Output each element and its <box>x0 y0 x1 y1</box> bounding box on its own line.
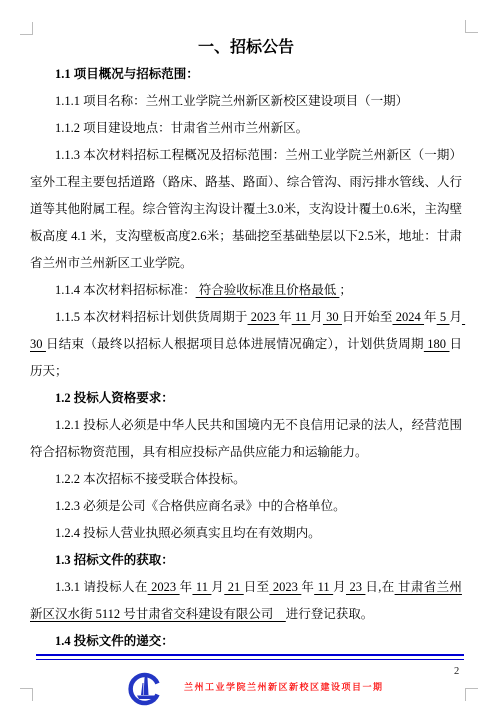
heading-1-1: 1.1 项目概况与招标范围： <box>30 61 462 88</box>
filled-blank: 符合验收标准且价格最低 <box>196 283 340 297</box>
company-logo-icon <box>126 669 164 709</box>
text-run: 1.1.3 本次材料招标工程概况及招标范围：兰州工业学院兰州新区（一期）室外工程… <box>30 148 462 270</box>
crop-mark-bottom-left <box>20 688 33 701</box>
text-run: 1.1.1 项目名称：兰州工业学院兰州新区新校区建设项目（一期） <box>55 94 408 108</box>
filled-blank: 2024 <box>393 310 425 324</box>
para-1-1-5: 1.1.5 本次材料招标计划供货周期于 2023 年 11 月 30 日开始至 … <box>30 304 462 385</box>
text-run: 1.2.3 必须是公司《合格供应商名录》中的合格单位。 <box>55 499 346 513</box>
text-run: 1.2.2 本次招标不接受联合体投标。 <box>55 472 246 486</box>
text-run: 1.1.5 本次材料招标计划供货周期于 <box>55 310 248 324</box>
filled-blank: 30 <box>323 310 342 324</box>
text-run: 1.3 招标文件的获取： <box>55 553 174 567</box>
footer-divider <box>36 654 464 660</box>
para-1-1-2: 1.1.2 项目建设地点：甘肃省兰州市兰州新区。 <box>30 115 462 142</box>
filled-blank: 5 <box>437 310 450 324</box>
text-run: 期 <box>411 337 424 351</box>
text-run: 年 <box>424 310 437 324</box>
text-run: 日开始至 <box>342 310 393 324</box>
text-run: 1.3.1 请投标人在 <box>55 580 148 594</box>
filled-blank: 11 <box>192 580 211 594</box>
text-run: 日,在 <box>365 580 394 594</box>
text-run: 年 <box>279 310 292 324</box>
para-1-3-1: 1.3.1 请投标人在 2023 年 11 月 21 日至 2023 年 11 … <box>30 574 462 628</box>
text-run: ； <box>339 283 352 297</box>
para-1-2-3: 1.2.3 必须是公司《合格供应商名录》中的合格单位。 <box>30 493 462 520</box>
text-run: 月 <box>449 310 462 324</box>
filled-blank: 2023 <box>148 580 180 594</box>
filled-blank: 21 <box>224 580 243 594</box>
text-run: 1.2.1 投标人必须是中华人民共和国境内无不良信用记录的法人，经营范围符合招标… <box>30 418 462 459</box>
text-run: 年 <box>301 580 314 594</box>
filled-blank: 11 <box>314 580 333 594</box>
crop-mark-bottom-right <box>465 688 478 701</box>
footer-project-label: 兰州工业学院兰州新区新校区建设项目一期 <box>184 680 384 693</box>
text-run: 日至 <box>244 580 270 594</box>
text-run: 1.1.2 项目建设地点：甘肃省兰州市兰州新区。 <box>55 121 308 135</box>
heading-1-2: 1.2 投标人资格要求： <box>30 385 462 412</box>
para-1-1-1: 1.1.1 项目名称：兰州工业学院兰州新区新校区建设项目（一期） <box>30 88 462 115</box>
text-run: 月 <box>310 310 323 324</box>
heading-1-4: 1.4 投标文件的递交： <box>30 628 462 655</box>
document-page: { "colors": { "text": "#000000", "footer… <box>0 0 488 713</box>
filled-blank: 180 <box>424 337 450 351</box>
text-run: 年 <box>180 580 193 594</box>
text-run: 进行登记获取。 <box>286 607 374 621</box>
para-1-2-1: 1.2.1 投标人必须是中华人民共和国境内无不良信用记录的法人，经营范围符合招标… <box>30 412 462 466</box>
document-body: 一、招标公告1.1 项目概况与招标范围：1.1.1 项目名称：兰州工业学院兰州新… <box>30 34 462 655</box>
para-1-2-2: 1.2.2 本次招标不接受联合体投标。 <box>30 466 462 493</box>
para-1-2-4: 1.2.4 投标人营业执照必须真实且均在有效期内。 <box>30 520 462 547</box>
text-run: 日结束（最终以招标人根据项目总体进展情况确定），计划供货周 <box>46 337 411 351</box>
text-run: 月 <box>211 580 224 594</box>
text-run: 1.1 项目概况与招标范围： <box>55 67 199 81</box>
filled-blank: 23 <box>346 580 365 594</box>
filled-blank: 11 <box>292 310 311 324</box>
filled-blank: 2023 <box>248 310 280 324</box>
text-run: 1.2 投标人资格要求： <box>55 391 174 405</box>
doc-title: 一、招标公告 <box>30 34 462 61</box>
text-run: 1.1.4 本次材料招标标准： <box>55 283 196 297</box>
para-1-1-4: 1.1.4 本次材料招标标准： 符合验收标准且价格最低 ； <box>30 277 462 304</box>
text-run: 月 <box>333 580 346 594</box>
text-run: 1.4 投标文件的递交： <box>55 634 174 648</box>
para-1-1-3: 1.1.3 本次材料招标工程概况及招标范围：兰州工业学院兰州新区（一期）室外工程… <box>30 142 462 277</box>
crop-mark-top-right <box>465 20 478 33</box>
text-run: 一、招标公告 <box>198 39 294 56</box>
filled-blank: 2023 <box>269 580 301 594</box>
page-number: 2 <box>454 666 459 677</box>
text-run: 1.2.4 投标人营业执照必须真实且均在有效期内。 <box>55 526 321 540</box>
heading-1-3: 1.3 招标文件的获取： <box>30 547 462 574</box>
